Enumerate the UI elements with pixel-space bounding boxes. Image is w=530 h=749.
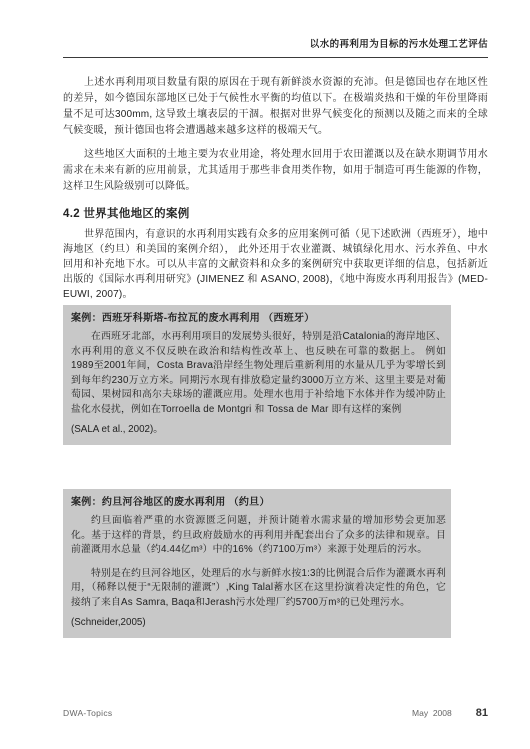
running-header-title: 以水的再利用为目标的污水处理工艺评估 — [63, 0, 488, 50]
section-heading-4-2: 4.2 世界其他地区的案例 — [63, 205, 488, 221]
case-spain-body: 在西班牙北部，水再利用项目的发展势头很好，特别是沿Catalonia的海岸地区、… — [71, 330, 446, 417]
page-footer: DWA-Topics May 2008 81 — [63, 707, 488, 719]
case-jordan-citation: (Schneider,2005) — [71, 617, 446, 629]
case-jordan-title: 案例：约旦河谷地区的废水再利用 （约旦） — [71, 497, 446, 509]
case-box-jordan: 案例：约旦河谷地区的废水再利用 （约旦） 约旦面临着严重的水资源匮乏问题，并预计… — [63, 489, 451, 638]
paragraph-worldwide-examples-intro: 世界范围内，有意识的水再利用实践有众多的应用案例可循（见下述欧洲（西班牙），地中… — [63, 227, 488, 302]
paragraph-reuse-limits-germany: 上述水再利用项目数量有限的原因在于现有新鲜淡水资源的充沛。但是德国也存在地区性的… — [63, 75, 488, 139]
footer-publication-name: DWA-Topics — [63, 708, 412, 718]
case-jordan-body-2: 特别是在约旦河谷地区，处理后的水与新鲜水按1:3的比例混合后作为灌溉水再利用，（… — [71, 567, 446, 611]
case-spain-title: 案例：西班牙科斯塔-布拉瓦的废水再利用 （西班牙） — [71, 313, 446, 325]
page-content-column: 以水的再利用为目标的污水处理工艺评估 上述水再利用项目数量有限的原因在于现有新鲜… — [63, 0, 488, 638]
case-jordan-body-1: 约旦面临着严重的水资源匮乏问题，并预计随着水需求量的增加形势会更加恶化。基于这样… — [71, 514, 446, 558]
paragraph-agricultural-outlook: 这些地区大面积的土地主要为农业用途，将处理水回用于农田灌溉以及在缺水期调节用水需… — [63, 147, 488, 195]
footer-date: May 2008 — [412, 708, 452, 718]
header-divider-rule — [63, 57, 488, 58]
case-box-spain: 案例：西班牙科斯塔-布拉瓦的废水再利用 （西班牙） 在西班牙北部，水再利用项目的… — [63, 305, 451, 445]
case-spain-citation: (SALA et al., 2002)。 — [71, 424, 446, 436]
document-page: 以水的再利用为目标的污水处理工艺评估 上述水再利用项目数量有限的原因在于现有新鲜… — [0, 0, 530, 749]
footer-page-number: 81 — [476, 707, 488, 719]
